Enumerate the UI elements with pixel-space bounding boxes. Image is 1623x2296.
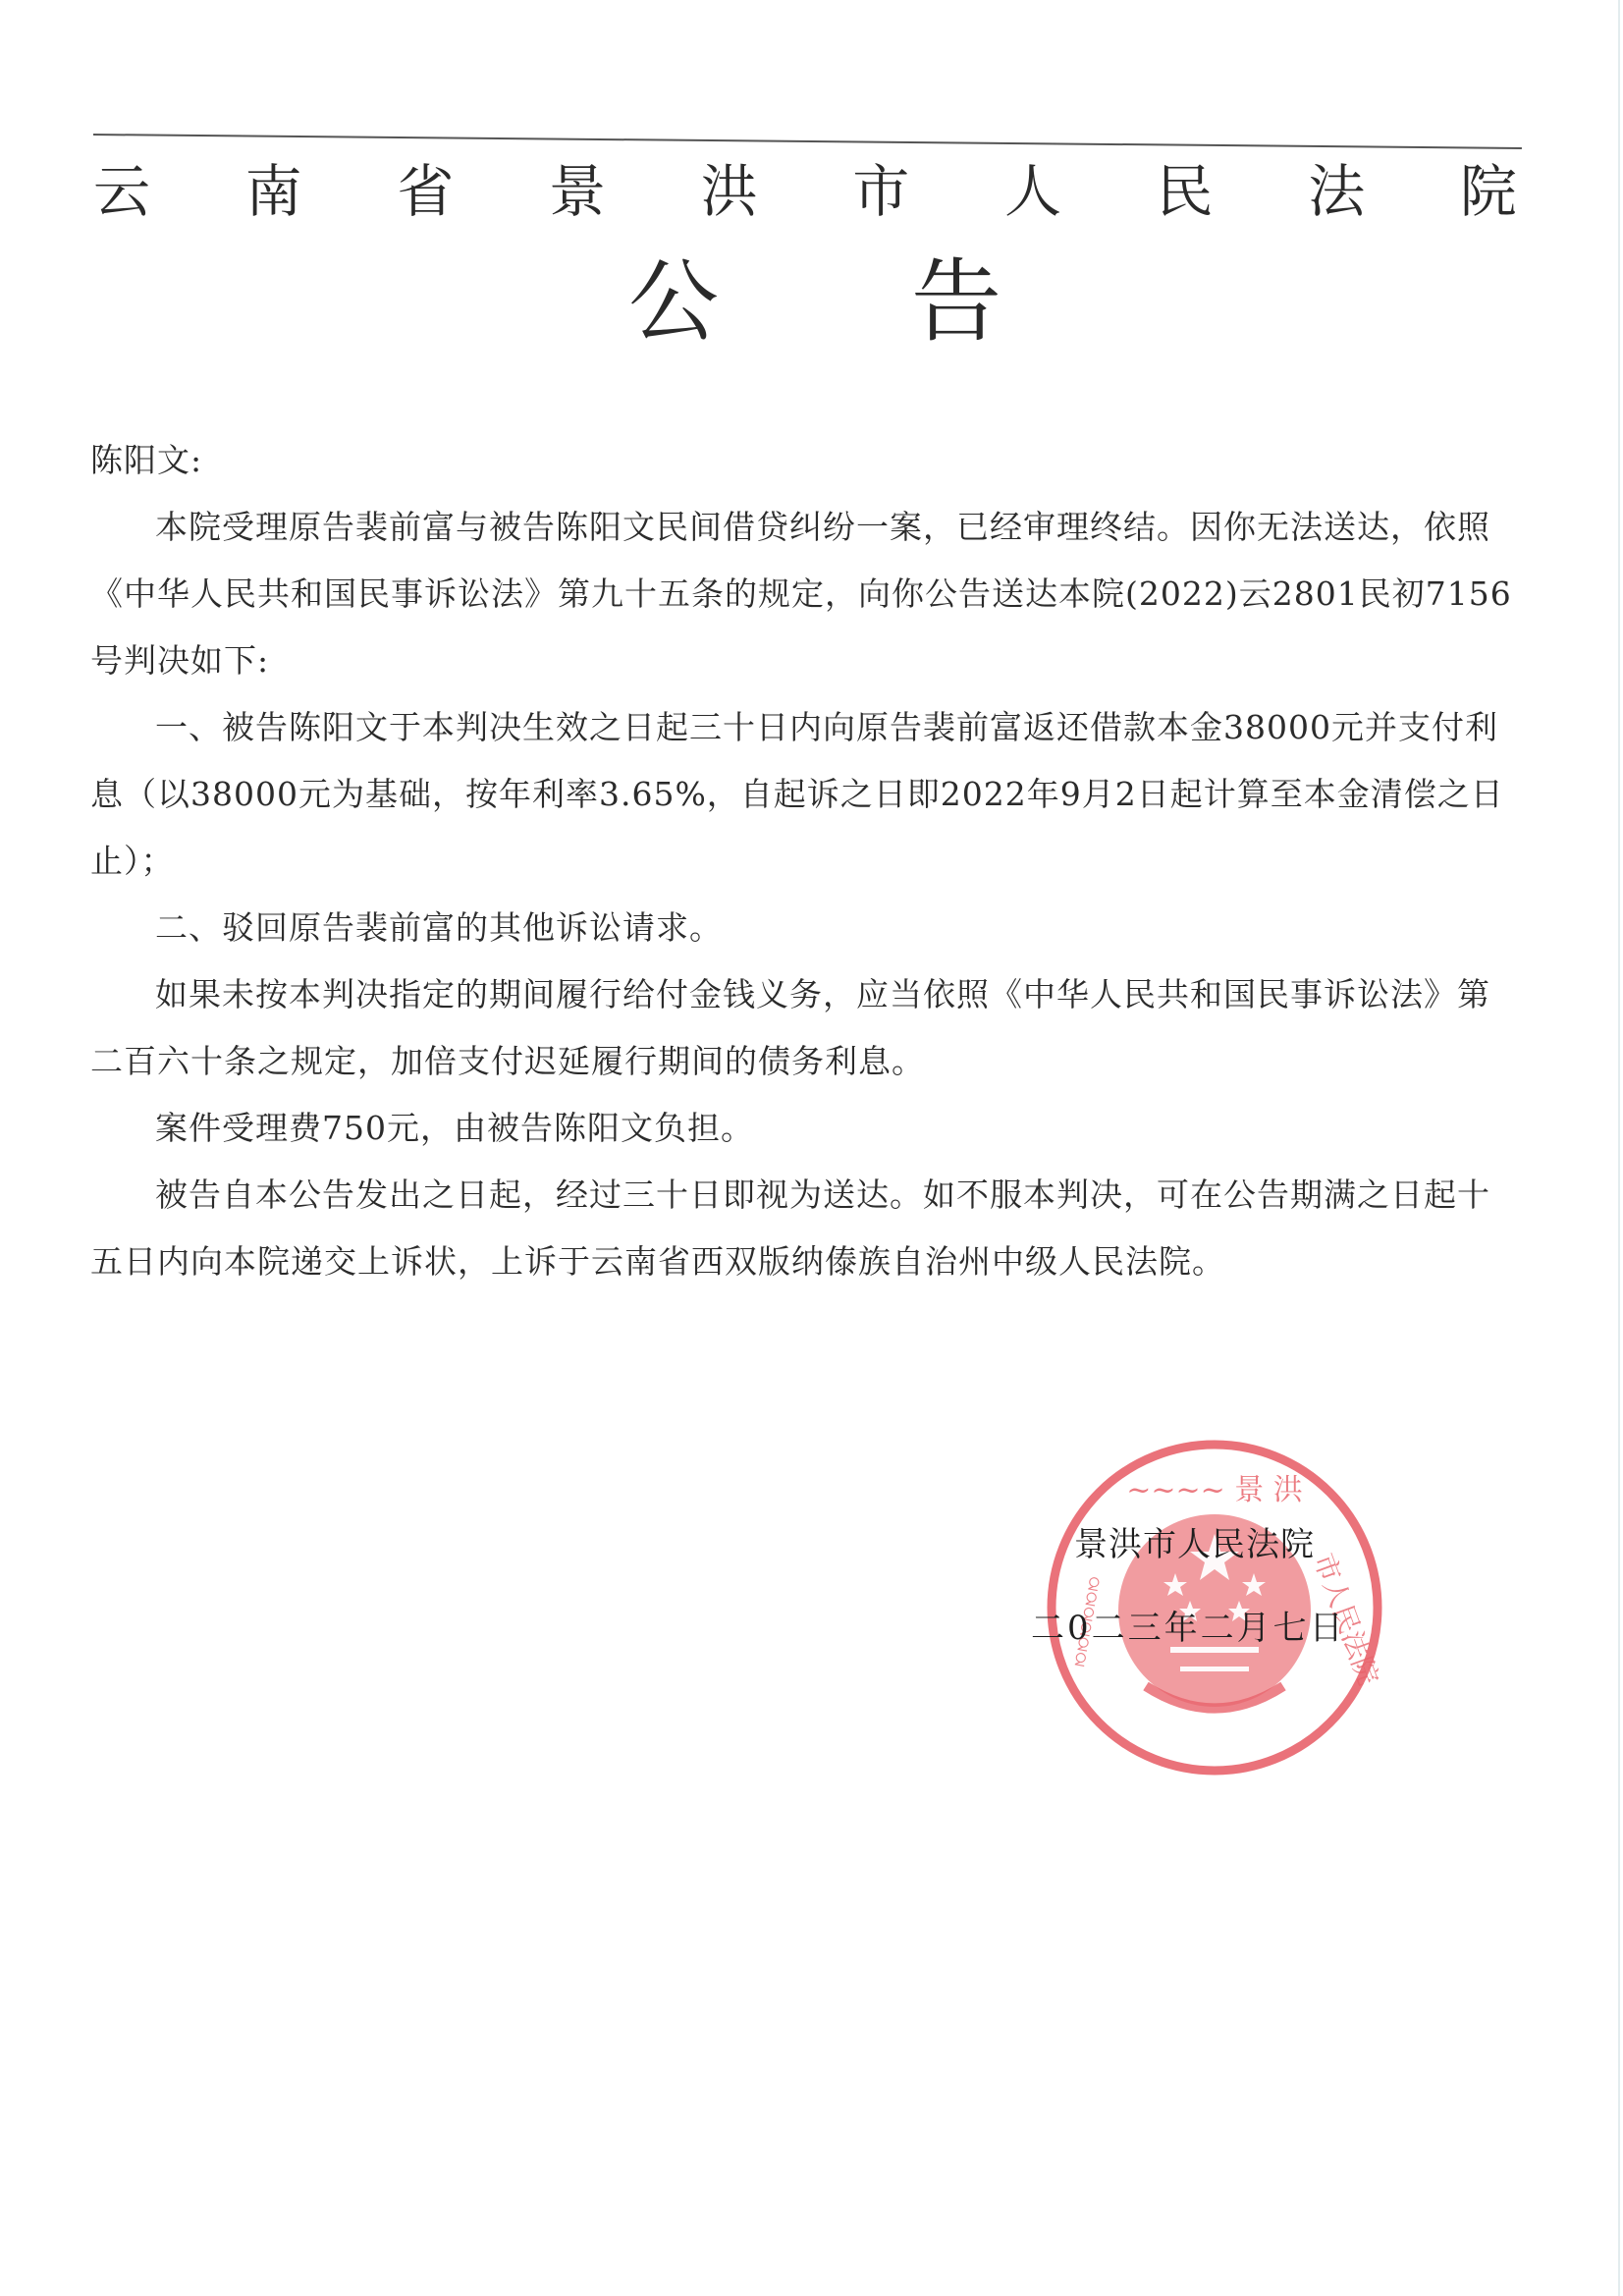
signing-date: 二0二三年二月七日 (1031, 1601, 1346, 1649)
addressee: 陈阳文: (90, 427, 1516, 494)
paragraph-judgment-2: 二、驳回原告裴前富的其他诉讼请求。 (90, 895, 1516, 961)
court-name-char: 景 (549, 145, 606, 228)
document-title: 公 告 (628, 241, 1001, 349)
paragraph-judgment-1: 一、被告陈阳文于本判决生效之日起三十日内向原告裴前富返还借款本金38000元并支… (90, 694, 1516, 895)
signing-court: 景洪市人民法院 (1074, 1517, 1315, 1565)
court-name-char: 云 (93, 145, 150, 228)
court-name-char: 市 (852, 145, 909, 228)
svg-text:~~~~ 景 洪: ~~~~ 景 洪 (1126, 1473, 1303, 1507)
court-name-char: 人 (1004, 145, 1061, 228)
paragraph-appeal: 被告自本公告发出之日起，经过三十日即视为送达。如不服本判决，可在公告期满之日起十… (90, 1162, 1516, 1295)
paragraph-delay-interest: 如果未按本判决指定的期间履行给付金钱义务，应当依照《中华人民共和国民事诉讼法》第… (90, 961, 1516, 1095)
court-name-char: 洪 (701, 145, 758, 228)
title-char: 告 (911, 230, 1001, 359)
court-name-char: 民 (1157, 145, 1214, 228)
court-name-char: 南 (245, 145, 302, 228)
paragraph-intro: 本院受理原告裴前富与被告陈阳文民间借贷纠纷一案，已经审理终结。因你无法送达，依照… (90, 494, 1516, 694)
document-page: 云 南 省 景 洪 市 人 民 法 院 公 告 陈阳文: 本院受理原告裴前富与被… (0, 0, 1623, 2296)
court-name-char: 省 (397, 145, 454, 228)
notice-body: 陈阳文: 本院受理原告裴前富与被告陈阳文民间借贷纠纷一案，已经审理终结。因你无法… (90, 427, 1516, 1295)
paragraph-court-fee: 案件受理费750元，由被告陈阳文负担。 (90, 1095, 1516, 1162)
court-name-heading: 云 南 省 景 洪 市 人 民 法 院 (93, 147, 1517, 226)
title-char: 公 (628, 230, 719, 359)
court-name-char: 院 (1460, 145, 1517, 228)
court-name-char: 法 (1308, 145, 1365, 228)
scan-edge (1618, 0, 1620, 2296)
